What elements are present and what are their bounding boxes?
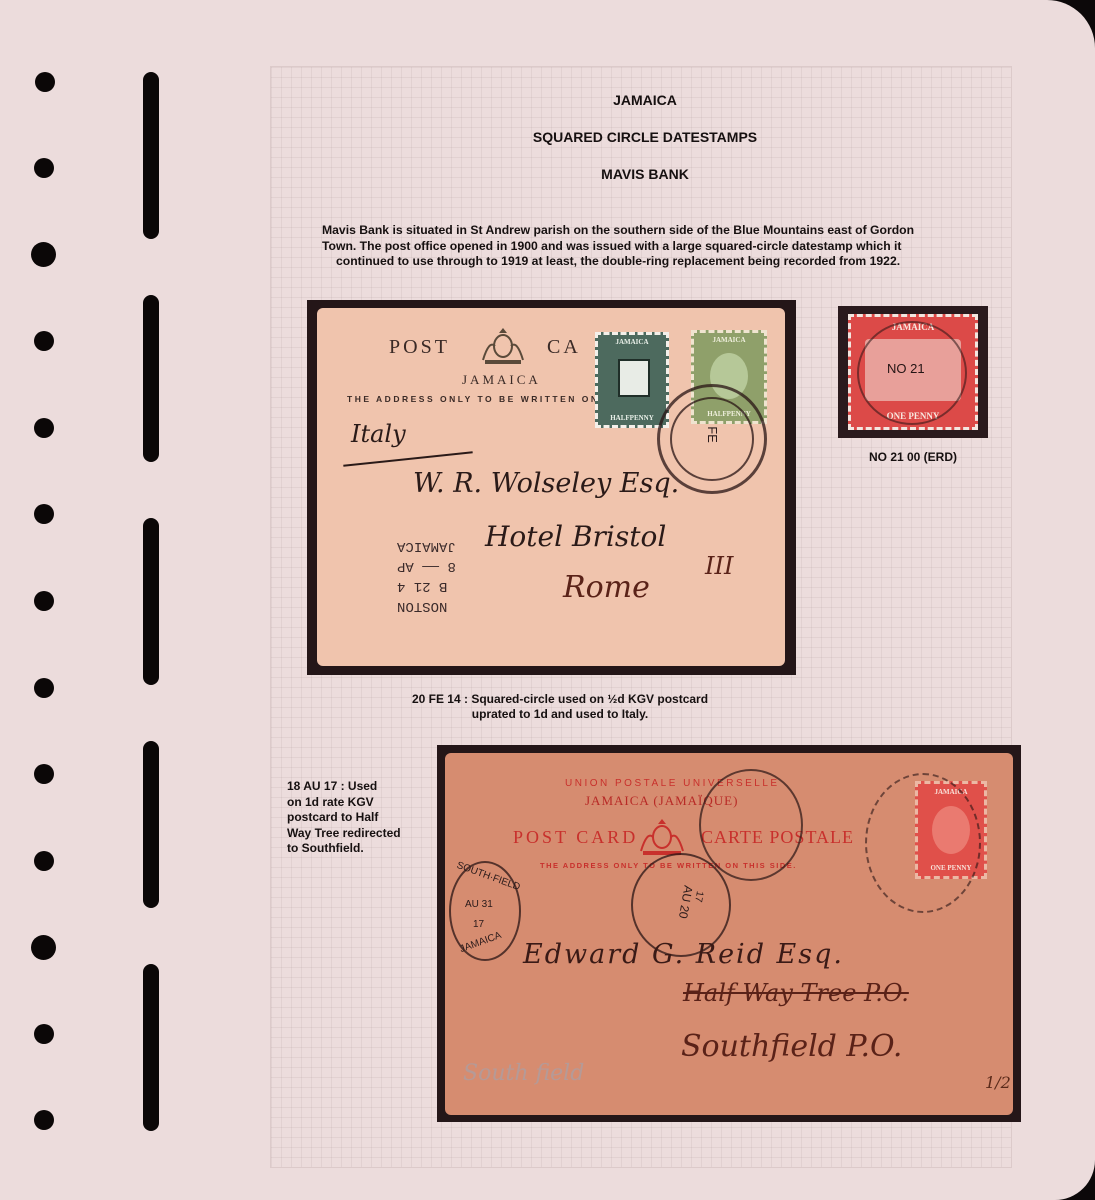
royal-arms-icon — [477, 326, 529, 368]
intro-line: Town. The post office opened in 1900 and… — [322, 238, 902, 254]
transit-mark-line: NOSTON — [397, 596, 456, 616]
squared-circle-postmark — [857, 321, 967, 425]
cds-transit — [699, 769, 803, 881]
caption-loose-stamp: NO 21 00 (ERD) — [838, 450, 988, 465]
address-original: Half Way Tree P.O. — [683, 979, 909, 1007]
page-subtitle: SQUARED CIRCLE DATESTAMPS — [470, 129, 820, 145]
address-destination: Italy — [351, 420, 406, 448]
address-city: Rome — [563, 570, 650, 605]
binder-hole — [34, 504, 54, 524]
address-name: W. R. Wolseley Esq. — [413, 468, 679, 499]
postcard-1917-face: UNION POSTALE UNIVERSELLE JAMAICA (JAMAÏ… — [445, 753, 1013, 1115]
squared-circle-postmark — [865, 773, 981, 913]
caption-line: postcard to Half — [287, 810, 437, 826]
printed-heading-left: POST — [389, 336, 450, 359]
binder-slot — [143, 741, 159, 908]
address-hotel: Hotel Bristol — [485, 520, 666, 553]
underline — [343, 451, 472, 467]
transit-mark: NOSTON B 21 4 8 —— AP JAMAICA — [397, 536, 456, 616]
postmark-line: AU 20 — [676, 884, 696, 919]
postmark-date: FE — [705, 426, 720, 443]
caption-line: uprated to 1d and used to Italy. — [350, 707, 770, 722]
binder-hole — [34, 764, 54, 784]
transit-mark-line: 8 —— AP — [397, 556, 456, 576]
stamp-arms-halfpenny: JAMAICA HALFPENNY — [595, 332, 669, 428]
intro-line: continued to use through to 1919 at leas… — [336, 253, 900, 269]
printed-heading-right: CA — [547, 336, 581, 359]
stamp-one-penny-llandovery: JAMAICA NO 21 ONE PENNY — [848, 314, 978, 430]
page-title: JAMAICA — [540, 92, 750, 108]
binder-hole — [34, 678, 54, 698]
address-district: III — [705, 552, 733, 580]
stamp-top-label: JAMAICA — [694, 336, 764, 344]
caption-postcard-1914: 20 FE 14 : Squared-circle used on ½d KGV… — [350, 692, 770, 722]
postmark-line: JAMAICA — [458, 930, 502, 955]
postcard-1914-face: POST CA JAMAICA THE ADDRESS ONLY TO BE W… — [317, 308, 785, 666]
cds-southfield: SOUTH·FIELD AU 31 17 JAMAICA — [449, 861, 521, 961]
binder-slot — [143, 295, 159, 462]
binder-hole — [35, 72, 55, 92]
loose-stamp-mount: JAMAICA NO 21 ONE PENNY — [838, 306, 988, 438]
coat-of-arms-icon — [618, 359, 650, 397]
binder-slot — [143, 72, 159, 239]
binder-hole — [31, 935, 56, 960]
caption-line: to Southfield. — [287, 841, 437, 857]
corner-note: 1/2 — [985, 1073, 1011, 1092]
binder-hole — [31, 242, 56, 267]
pencil-note: South field — [463, 1061, 584, 1086]
binder-hole — [34, 418, 54, 438]
postmark-line: 17 — [692, 890, 705, 903]
binder-hole — [34, 851, 54, 871]
album-page: JAMAICA SQUARED CIRCLE DATESTAMPS MAVIS … — [0, 0, 1095, 1200]
binder-hole — [34, 1024, 54, 1044]
address-redirected: Southfield P.O. — [681, 1029, 902, 1064]
binder-hole — [34, 331, 54, 351]
caption-line: 20 FE 14 : Squared-circle used on ½d KGV… — [350, 692, 770, 707]
intro-line: Mavis Bank is situated in St Andrew pari… — [322, 222, 914, 238]
stamp-bottom-label: HALFPENNY — [598, 414, 666, 422]
binder-hole — [34, 591, 54, 611]
postmark-line: 17 — [473, 919, 484, 930]
postcard-1914: POST CA JAMAICA THE ADDRESS ONLY TO BE W… — [307, 300, 796, 675]
postmark-line: AU 31 — [465, 899, 493, 910]
binder-hole — [34, 158, 54, 178]
binder-slot — [143, 518, 159, 685]
transit-mark-line: B 21 4 — [397, 576, 456, 596]
printed-instruction: THE ADDRESS ONLY TO BE WRITTEN ON — [347, 394, 600, 404]
transit-mark-line: JAMAICA — [397, 536, 456, 556]
caption-line: Way Tree redirected — [287, 826, 437, 842]
binder-slot — [143, 964, 159, 1131]
caption-line: 18 AU 17 : Used — [287, 779, 437, 795]
stamp-top-label: JAMAICA — [598, 338, 666, 346]
binder-hole — [34, 1110, 54, 1130]
printed-heading-left: POST CARD — [513, 827, 638, 848]
printed-country: JAMAICA — [462, 372, 541, 388]
address-name: Edward G. Reid Esq. — [523, 939, 844, 970]
postmark-line: SOUTH·FIELD — [455, 860, 521, 893]
section-title: MAVIS BANK — [540, 166, 750, 182]
caption-postcard-1917: 18 AU 17 : Used on 1d rate KGV postcard … — [287, 779, 437, 857]
caption-line: on 1d rate KGV — [287, 795, 437, 811]
postcard-1917: UNION POSTALE UNIVERSELLE JAMAICA (JAMAÏ… — [437, 745, 1021, 1122]
